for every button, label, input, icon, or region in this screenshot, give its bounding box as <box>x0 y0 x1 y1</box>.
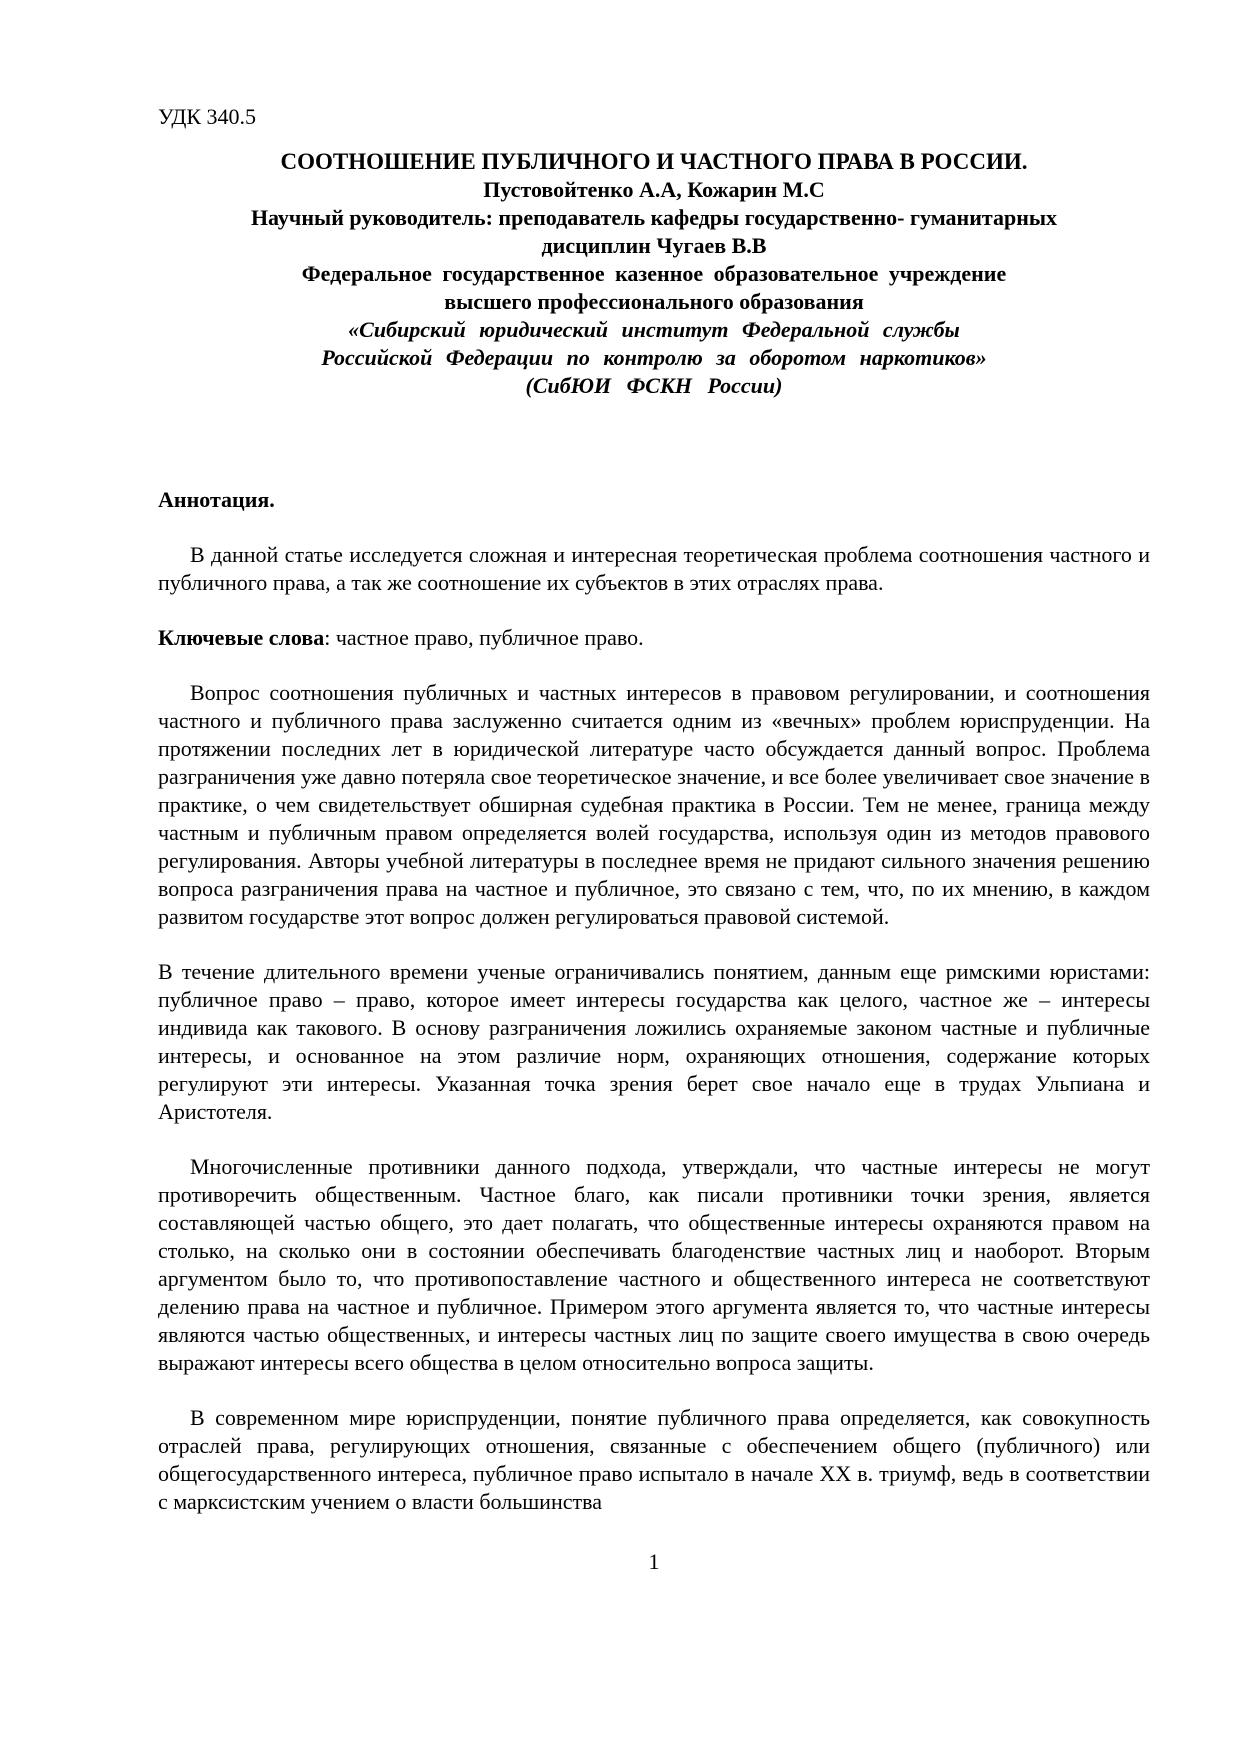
body-paragraph-3: Многочисленные противники данного подход… <box>158 1153 1150 1377</box>
keywords-text: : частное право, публичное право. <box>324 625 643 650</box>
body-paragraph-1: Вопрос соотношения публичных и частных и… <box>158 679 1150 931</box>
institute-name-line-1: «Сибирский юридический институт Федераль… <box>158 316 1150 344</box>
abstract-text: В данной статье исследуется сложная и ин… <box>158 541 1150 597</box>
supervisor-line-1: Научный руководитель: преподаватель кафе… <box>158 204 1150 232</box>
abstract-heading: Аннотация. <box>158 486 1150 514</box>
institute-abbreviation: (СибЮИ ФСКН России) <box>158 372 1150 400</box>
udc-code: УДК 340.5 <box>158 103 1150 131</box>
body-paragraph-4: В современном мире юриспруденции, поняти… <box>158 1404 1150 1516</box>
document-page: УДК 340.5 СООТНОШЕНИЕ ПУБЛИЧНОГО И ЧАСТН… <box>0 0 1240 1755</box>
document-header: СООТНОШЕНИЕ ПУБЛИЧНОГО И ЧАСТНОГО ПРАВА … <box>158 148 1150 400</box>
institution-line-1: Федеральное государственное казенное обр… <box>158 260 1150 288</box>
authors-line: Пустовойтенко А.А, Кожарин М.С <box>158 176 1150 204</box>
keywords-label: Ключевые слова <box>158 625 324 650</box>
page-number: 1 <box>158 1548 1150 1576</box>
document-title: СООТНОШЕНИЕ ПУБЛИЧНОГО И ЧАСТНОГО ПРАВА … <box>158 148 1150 176</box>
institution-line-2: высшего профессионального образования <box>158 288 1150 316</box>
body-paragraph-2: В течение длительного времени ученые огр… <box>158 958 1150 1126</box>
keywords-line: Ключевые слова: частное право, публичное… <box>158 624 1150 652</box>
institute-name-line-2: Российской Федерации по контролю за обор… <box>158 344 1150 372</box>
supervisor-line-2: дисциплин Чугаев В.В <box>158 232 1150 260</box>
